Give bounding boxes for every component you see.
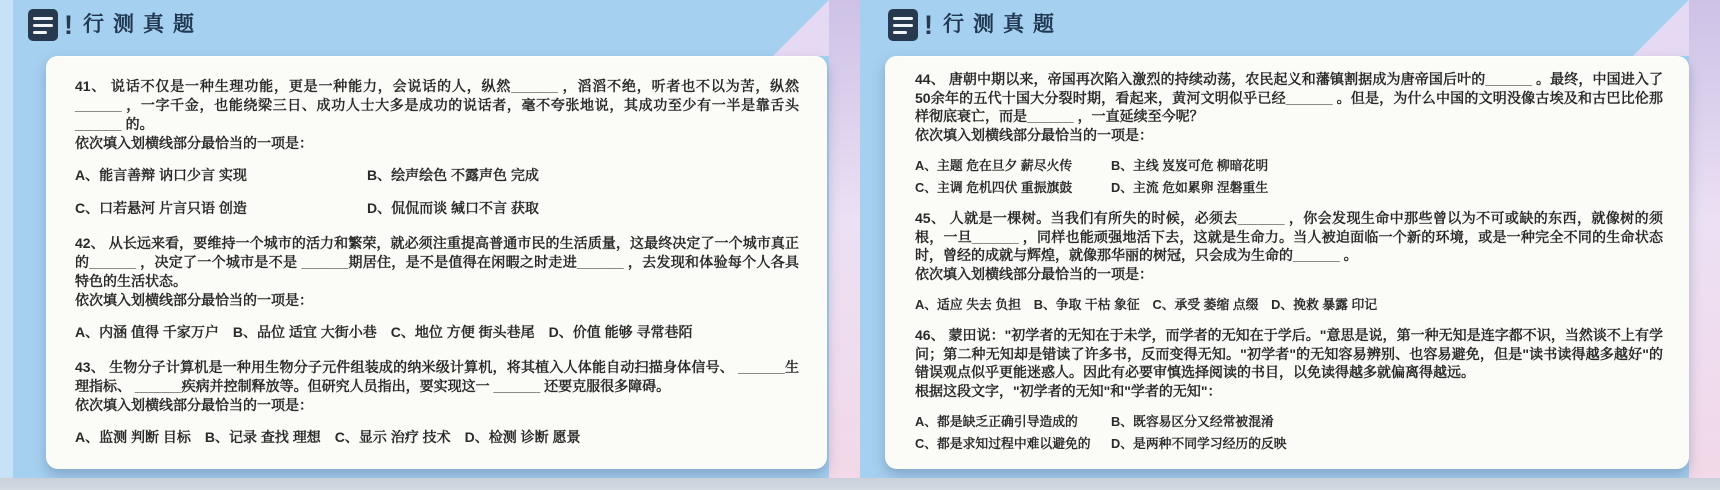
options-row: C、口若悬河 片言只语 创造 D、侃侃而谈 缄口不言 获取 [75, 199, 799, 218]
question-stem: 41、 说话不仅是一种生理功能，更是一种能力，会说话的人，纵然______ ，滔… [75, 77, 799, 134]
option-b: B、绘声绘色 不露声色 完成 [367, 166, 799, 185]
left-edge-highlight [0, 0, 13, 490]
slide-right: ! 行测真题 44、 唐朝中期以来，帝国再次陷入激烈的持续动荡，农民起义和藩镇割… [860, 0, 1720, 490]
document-lines-icon [888, 9, 918, 41]
exclamation-icon: ! [64, 10, 73, 40]
options-row: A、适应 失去 负担 B、争取 干枯 象征 C、承受 萎缩 点缀 D、挽救 暴露… [915, 295, 1663, 314]
document-lines-icon [28, 9, 58, 41]
question-prompt: 依次填入划横线部分最恰当的一项是： [75, 134, 799, 153]
question-stem: 46、 蒙田说："初学者的无知在于未学，而学者的无知在于学后。"意思是说，第一种… [915, 326, 1663, 382]
corner-ribbon [829, 0, 860, 490]
options-row: A、能言善辩 讷口少言 实现 B、绘声绘色 不露声色 完成 [75, 166, 799, 185]
slide-left: ! 行测真题 41、 说话不仅是一种生理功能，更是一种能力，会说话的人，纵然__… [0, 0, 860, 490]
question-45: 45、 人就是一棵树。当我们有所失的时候，必须去______ ，你会发现生命中那… [915, 209, 1663, 314]
option-a: A、主题 危在旦夕 薪尽火传 [915, 156, 1111, 175]
question-43: 43、 生物分子计算机是一种用生物分子元件组装成的纳米级计算机，将其植入人体能自… [75, 358, 799, 447]
question-stem: 42、 从长远来看，要维持一个城市的活力和繁荣，就必须注重提高普通市民的生活质量… [75, 234, 799, 291]
question-prompt: 依次填入划横线部分最恰当的一项是： [915, 265, 1663, 284]
ribbon-fold [1633, 0, 1689, 56]
option-d: D、主流 危如累卵 涅磐重生 [1111, 178, 1663, 197]
options-row: A、内涵 值得 千家万户 B、品位 适宜 大街小巷 C、地位 方便 街头巷尾 D… [75, 323, 799, 342]
option-b: B、既容易区分又经常被混淆 [1111, 412, 1663, 431]
question-42: 42、 从长远来看，要维持一个城市的活力和繁荣，就必须注重提高普通市民的生活质量… [75, 234, 799, 342]
options-line: A、内涵 值得 千家万户 B、品位 适宜 大街小巷 C、地位 方便 街头巷尾 D… [75, 324, 693, 340]
options-row: A、主题 危在旦夕 薪尽火传 B、主线 岌岌可危 柳暗花明 [915, 156, 1663, 175]
option-b: B、主线 岌岌可危 柳暗花明 [1111, 156, 1663, 175]
slide-title: 行测真题 [83, 9, 203, 41]
question-stem: 43、 生物分子计算机是一种用生物分子元件组装成的纳米级计算机，将其植入人体能自… [75, 358, 799, 396]
bottom-strip [860, 478, 1720, 490]
option-c: C、都是求知过程中难以避免的 [915, 434, 1111, 453]
slide-title: 行测真题 [943, 9, 1063, 41]
question-prompt: 依次填入划横线部分最恰当的一项是： [915, 126, 1663, 145]
option-a: A、能言善辩 讷口少言 实现 [75, 166, 367, 185]
options-line: A、适应 失去 负担 B、争取 干枯 象征 C、承受 萎缩 点缀 D、挽救 暴露… [915, 297, 1377, 312]
corner-ribbon [1689, 0, 1720, 490]
options-row: C、主调 危机四伏 重振旗鼓 D、主流 危如累卵 涅磐重生 [915, 178, 1663, 197]
option-d: D、侃侃而谈 缄口不言 获取 [367, 199, 799, 218]
options-line: A、监测 判断 目标 B、记录 查找 理想 C、显示 治疗 技术 D、检测 诊断… [75, 429, 581, 445]
content-card: 44、 唐朝中期以来，帝国再次陷入激烈的持续动荡，农民起义和藩镇割据成为唐帝国后… [885, 56, 1689, 469]
question-stem: 44、 唐朝中期以来，帝国再次陷入激烈的持续动荡，农民起义和藩镇割据成为唐帝国后… [915, 70, 1663, 126]
question-stem: 45、 人就是一棵树。当我们有所失的时候，必须去______ ，你会发现生命中那… [915, 209, 1663, 265]
exclamation-icon: ! [924, 10, 933, 40]
bottom-strip [0, 478, 860, 490]
question-prompt: 依次填入划横线部分最恰当的一项是： [75, 291, 799, 310]
options-row: A、监测 判断 目标 B、记录 查找 理想 C、显示 治疗 技术 D、检测 诊断… [75, 428, 799, 447]
option-c: C、口若悬河 片言只语 创造 [75, 199, 367, 218]
content-card: 41、 说话不仅是一种生理功能，更是一种能力，会说话的人，纵然______ ，滔… [46, 56, 827, 469]
options-row: C、都是求知过程中难以避免的 D、是两种不同学习经历的反映 [915, 434, 1663, 453]
question-41: 41、 说话不仅是一种生理功能，更是一种能力，会说话的人，纵然______ ，滔… [75, 77, 799, 218]
question-prompt: 依次填入划横线部分最恰当的一项是： [75, 396, 799, 415]
option-c: C、主调 危机四伏 重振旗鼓 [915, 178, 1111, 197]
option-a: A、都是缺乏正确引导造成的 [915, 412, 1111, 431]
slide-header: ! 行测真题 [888, 9, 1063, 41]
option-d: D、是两种不同学习经历的反映 [1111, 434, 1663, 453]
question-46: 46、 蒙田说："初学者的无知在于未学，而学者的无知在于学后。"意思是说，第一种… [915, 326, 1663, 453]
ribbon-fold [773, 0, 829, 56]
slide-header: ! 行测真题 [28, 9, 203, 41]
question-prompt: 根据这段文字，"初学者的无知"和"学者的无知"： [915, 382, 1663, 401]
question-44: 44、 唐朝中期以来，帝国再次陷入激烈的持续动荡，农民起义和藩镇割据成为唐帝国后… [915, 70, 1663, 197]
options-row: A、都是缺乏正确引导造成的 B、既容易区分又经常被混淆 [915, 412, 1663, 431]
